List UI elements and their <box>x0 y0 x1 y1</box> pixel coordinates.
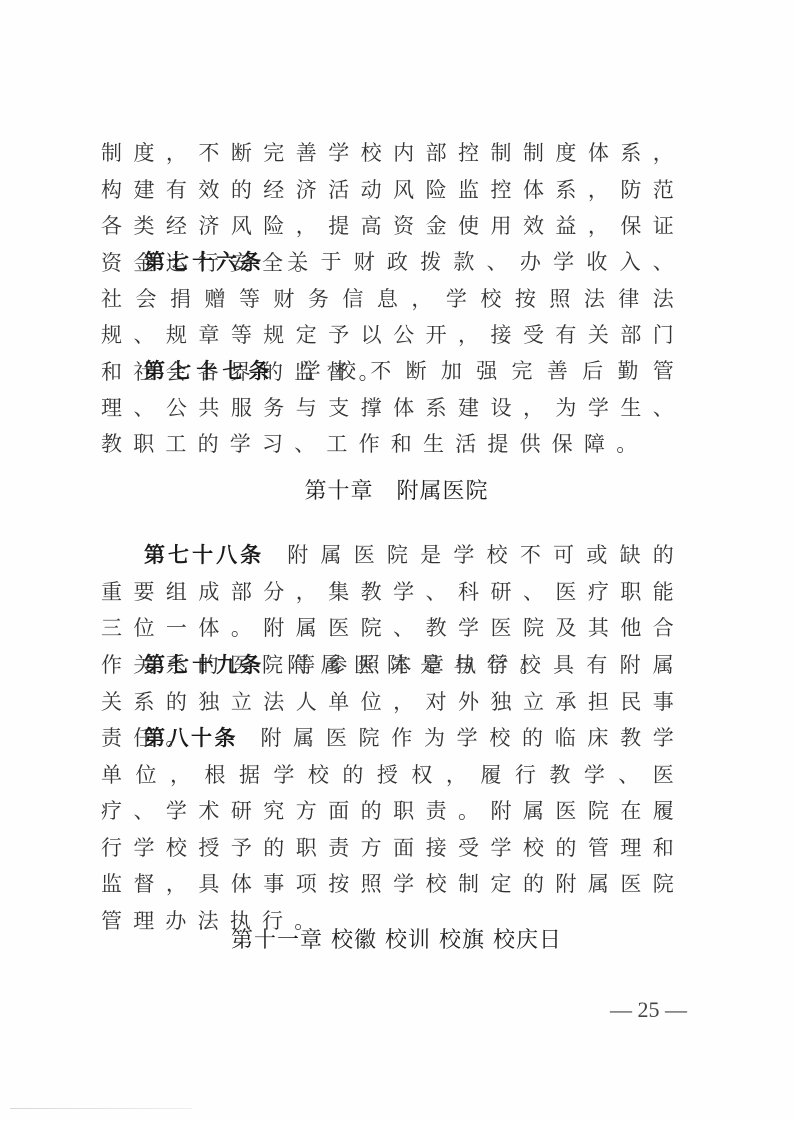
scan-artifact-line <box>10 1108 192 1109</box>
article-80: 第八十条附属医院作为学校的临床教学单位，根据学校的授权，履行教学、医疗、学术研究… <box>101 720 685 939</box>
article-number: 第七十七条 <box>144 359 275 383</box>
page-number: — 25 — <box>610 997 687 1023</box>
article-number: 第八十条 <box>144 726 238 750</box>
article-paragraph: 第七十七条学校不断加强完善后勤管理、公共服务与支撑体系建设，为学生、教职工的学习… <box>101 353 685 463</box>
chapter-10-heading: 第十章 附属医院 <box>0 474 793 505</box>
article-text: 附属医院作为学校的临床教学单位，根据学校的授权，履行教学、医疗、学术研究方面的职… <box>101 726 685 933</box>
chapter-11-heading: 第十一章 校徽 校训 校旗 校庆日 <box>0 923 793 954</box>
article-paragraph: 第八十条附属医院作为学校的临床教学单位，根据学校的授权，履行教学、医疗、学术研究… <box>101 720 685 939</box>
article-number: 第七十六条 <box>144 250 264 274</box>
document-page: 制度，不断完善学校内部控制制度体系，构建有效的经济活动风险监控体系，防范各类经济… <box>0 0 793 1121</box>
article-number: 第七十八条 <box>144 543 264 567</box>
article-77: 第七十七条学校不断加强完善后勤管理、公共服务与支撑体系建设，为学生、教职工的学习… <box>101 353 685 463</box>
article-number: 第七十九条 <box>144 653 264 677</box>
